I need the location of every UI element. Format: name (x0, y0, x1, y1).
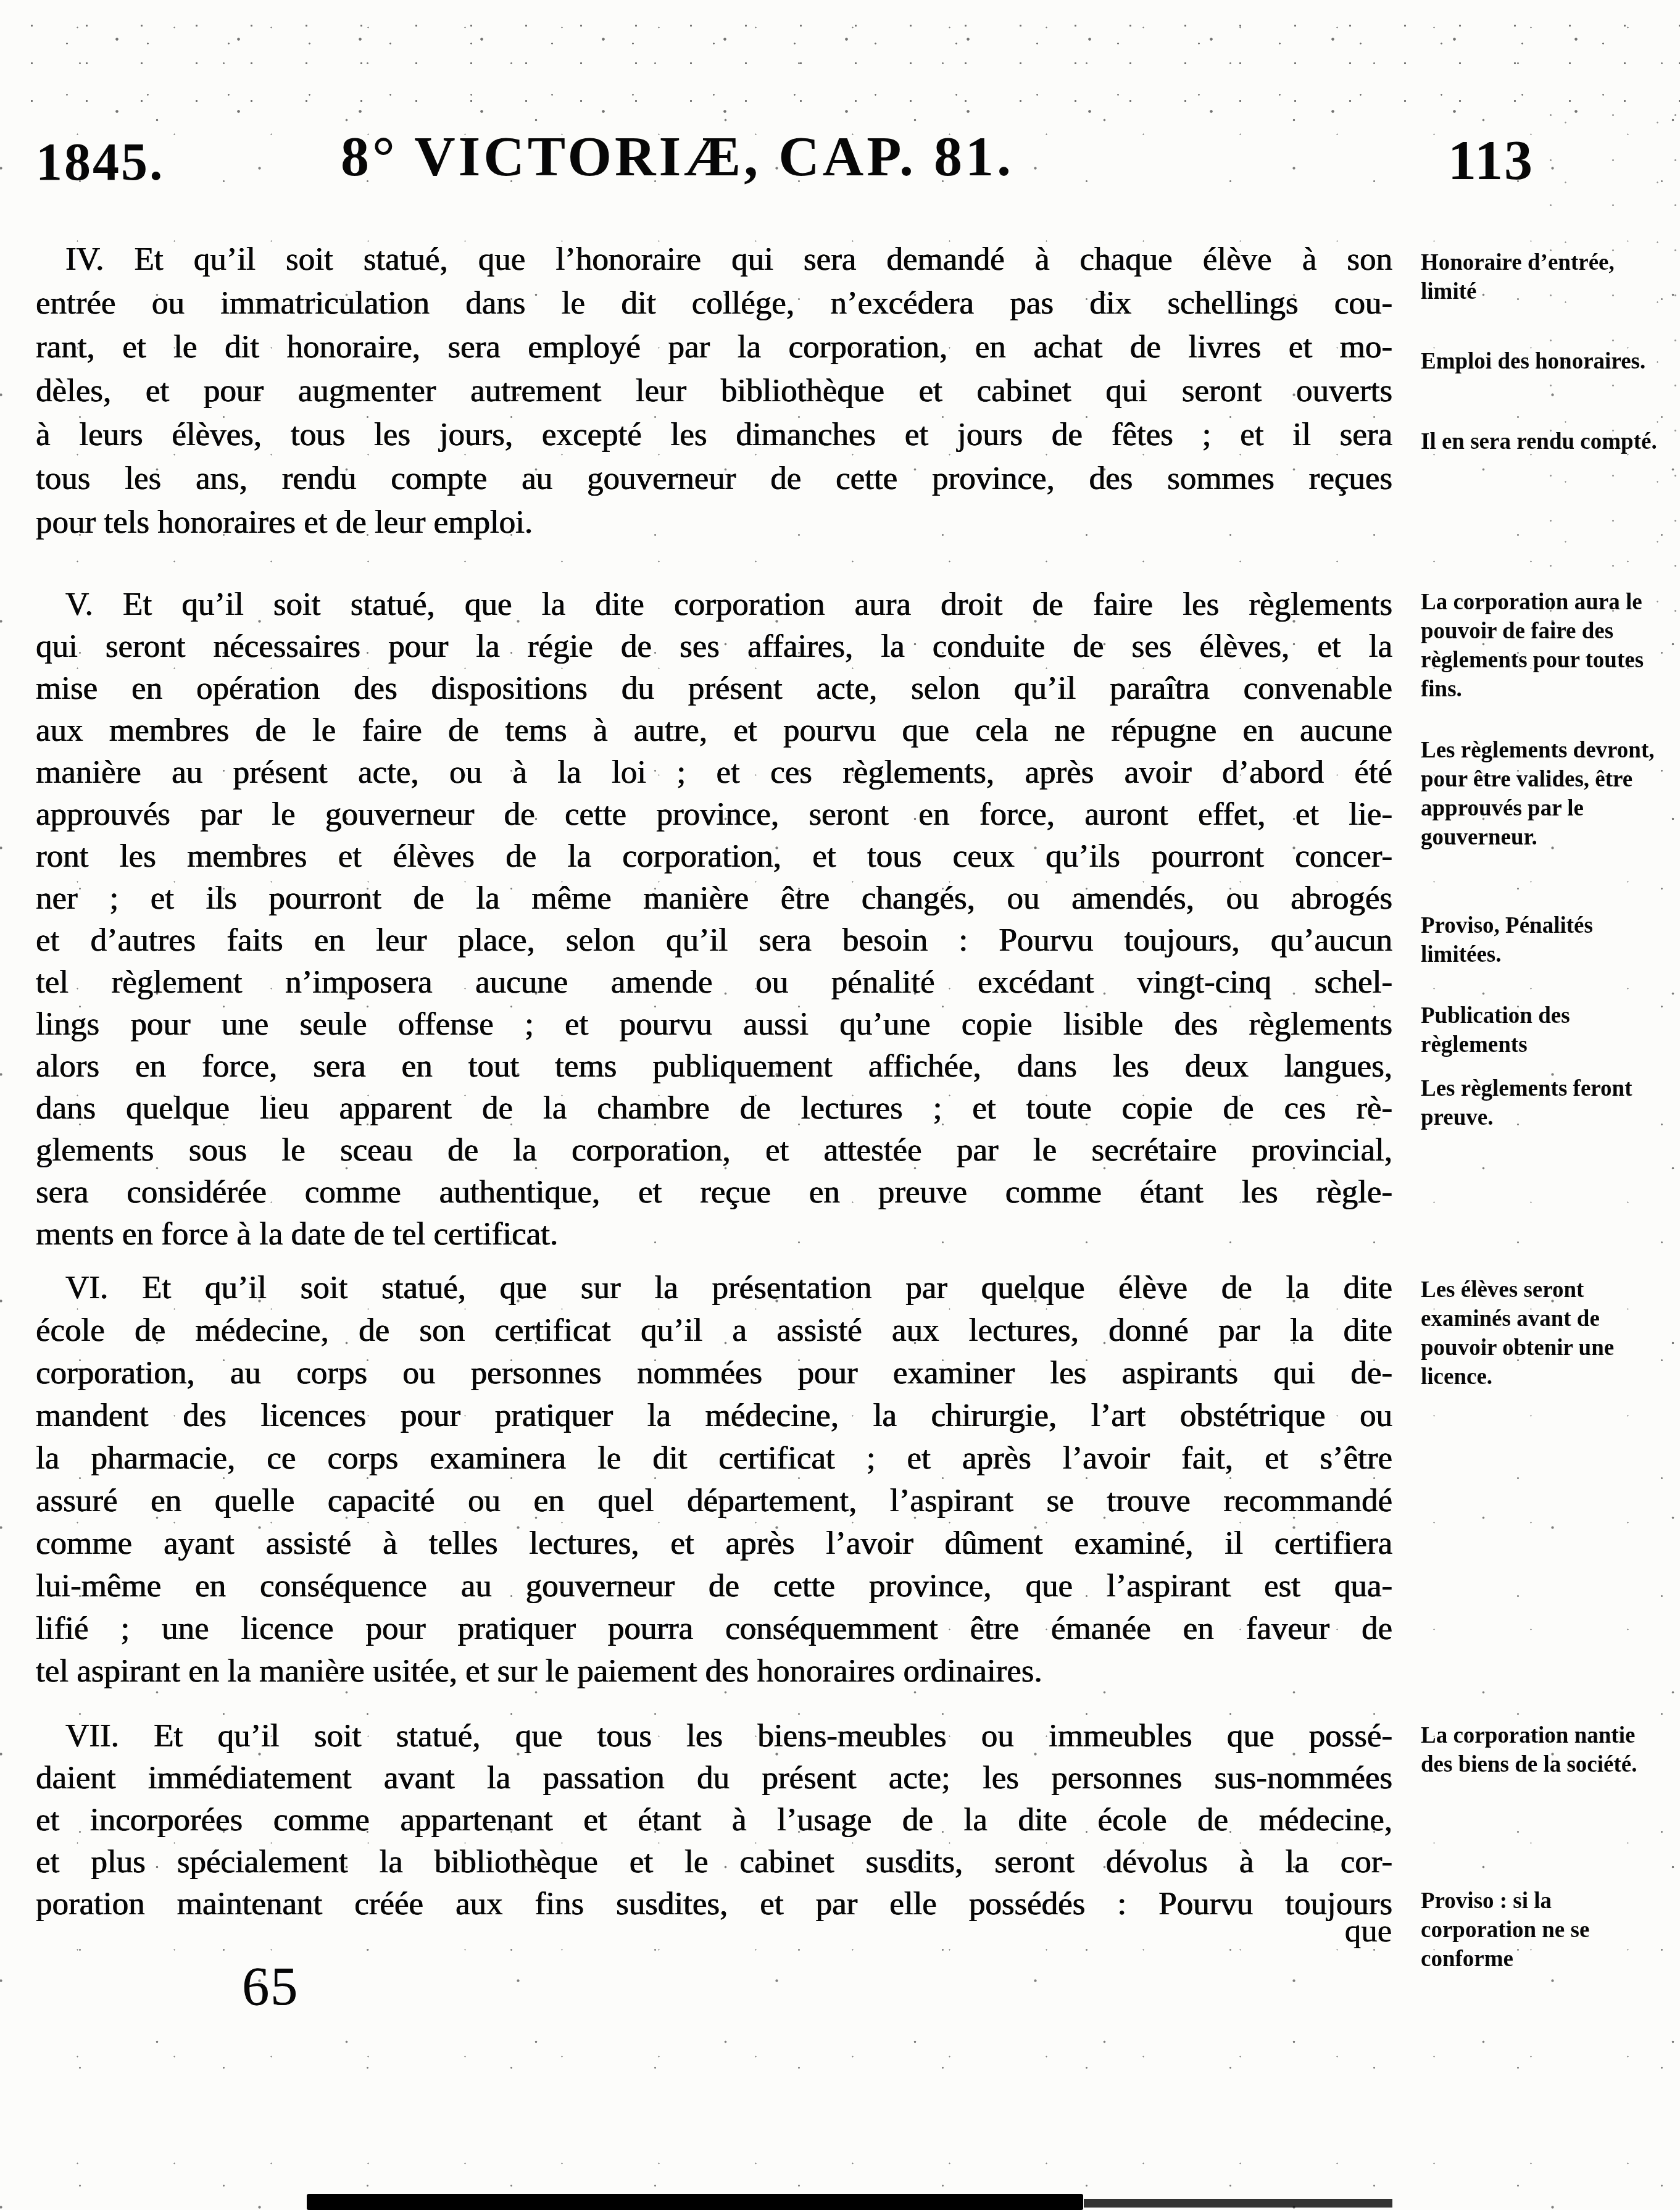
margin-note-reglements-valides: Les règlements devront, pour être valide… (1421, 736, 1664, 852)
margin-note-publication-reglements: Publication des règlements (1421, 1001, 1664, 1059)
text-line: dans quelque lieu apparent de la chambre… (36, 1087, 1392, 1129)
text-line: VII. Et qu’il soit statué, que tous les … (36, 1715, 1392, 1757)
margin-note-emploi-honoraires: Emploi des honoraires. (1421, 347, 1664, 376)
paragraph-vii: VII. Et qu’il soit statué, que tous les … (36, 1715, 1392, 1925)
text-line: école de médecine, de son certificat qu’… (36, 1309, 1392, 1352)
text-line: alors en force, sera en tout tems publiq… (36, 1045, 1392, 1087)
text-line: ments en force à la date de tel certific… (36, 1213, 1392, 1255)
text-line: comme ayant assisté à telles lectures, e… (36, 1522, 1392, 1565)
paragraph-v: V. Et qu’il soit statué, que la dite cor… (36, 583, 1392, 1255)
text-line: dèles, et pour augmenter autrement leur … (36, 369, 1392, 413)
text-line: glements sous le sceau de la corporation… (36, 1129, 1392, 1171)
text-line: tous les ans, rendu compte au gouverneur… (36, 457, 1392, 501)
text-line: tel règlement n’imposera aucune amende o… (36, 961, 1392, 1003)
text-line: lifié ; une licence pour pratiquer pourr… (36, 1607, 1392, 1650)
margin-note-rendu-compte: Il en sera rendu compté. (1421, 427, 1664, 456)
text-line: sera considérée comme authentique, et re… (36, 1171, 1392, 1213)
text-line: IV. Et qu’il soit statué, que l’honorair… (36, 238, 1392, 281)
text-line: tel aspirant en la manière usitée, et su… (36, 1650, 1392, 1693)
header-page-number: 113 (1448, 127, 1534, 193)
text-line: et incorporées comme appartenant et étan… (36, 1799, 1392, 1841)
margin-note-reglements-preuve: Les règlements feront preuve. (1421, 1074, 1664, 1132)
margin-note-proviso-conforme: Proviso : si la corporation ne se confor… (1421, 1887, 1664, 1974)
text-line: poration maintenant créée aux fins susdi… (36, 1883, 1392, 1925)
text-line: manière au présent acte, ou à la loi ; e… (36, 751, 1392, 793)
text-line: mise en opération des dispositions du pr… (36, 667, 1392, 709)
scan-noise-top (0, 0, 1680, 130)
text-line: ner ; et ils pourront de la même manière… (36, 877, 1392, 919)
text-line: approuvés par le gouverneur de cette pro… (36, 793, 1392, 835)
text-line: VI. Et qu’il soit statué, que sur la pré… (36, 1267, 1392, 1309)
text-line: rant, et le dit honoraire, sera employé … (36, 325, 1392, 369)
scan-artifact-bottom-band (307, 2194, 1083, 2210)
text-line: la pharmacie, ce corps examinera le dit … (36, 1437, 1392, 1480)
margin-note-pouvoir-reglements: La corporation aura le pouvoir de faire … (1421, 588, 1664, 704)
catchword: que (1344, 1912, 1392, 1949)
scan-artifact-bottom-band-2 (1084, 2199, 1392, 2208)
text-line: pour tels honoraires et de leur emploi. (36, 501, 1392, 544)
paragraph-vi: VI. Et qu’il soit statué, que sur la pré… (36, 1267, 1392, 1693)
text-line: qui seront nécessaires pour la régie de … (36, 625, 1392, 667)
margin-note-eleves-examines: Les élèves seront examinés avant de pouv… (1421, 1275, 1664, 1391)
text-line: mandent des licences pour pratiquer la m… (36, 1395, 1392, 1437)
signature-mark: 65 (242, 1956, 299, 2018)
text-line: et plus spécialement la bibliothèque et … (36, 1841, 1392, 1883)
text-line: corporation, au corps ou personnes nommé… (36, 1352, 1392, 1395)
header-year: 1845. (36, 131, 165, 193)
text-line: à leurs élèves, tous les jours, excepté … (36, 413, 1392, 457)
text-line: aux membres de le faire de tems à autre,… (36, 709, 1392, 751)
text-line: et d’autres faits en leur place, selon q… (36, 919, 1392, 961)
text-line: lui-même en conséquence au gouverneur de… (36, 1565, 1392, 1607)
text-line: lings pour une seule offense ; et pourvu… (36, 1003, 1392, 1045)
margin-note-honoraire-entree: Honoraire d’entrée, limité (1421, 248, 1664, 306)
text-line: daient immédiatement avant la passation … (36, 1757, 1392, 1799)
text-line: assuré en quelle capacité ou en quel dép… (36, 1480, 1392, 1522)
margin-note-proviso-penalites: Proviso, Pénalités limitées. (1421, 911, 1664, 969)
text-line: V. Et qu’il soit statué, que la dite cor… (36, 583, 1392, 625)
text-line: entrée ou immatriculation dans le dit co… (36, 281, 1392, 325)
scanned-document-page: 1845. 8° VICTORIÆ, CAP. 81. 113 IV. Et q… (0, 0, 1680, 2210)
header-running-title: 8° VICTORIÆ, CAP. 81. (341, 123, 1014, 189)
text-line: ront les membres et élèves de la corpora… (36, 835, 1392, 877)
margin-note-corporation-nantie: La corporation nantie des biens de la so… (1421, 1721, 1664, 1779)
paragraph-iv: IV. Et qu’il soit statué, que l’honorair… (36, 238, 1392, 544)
